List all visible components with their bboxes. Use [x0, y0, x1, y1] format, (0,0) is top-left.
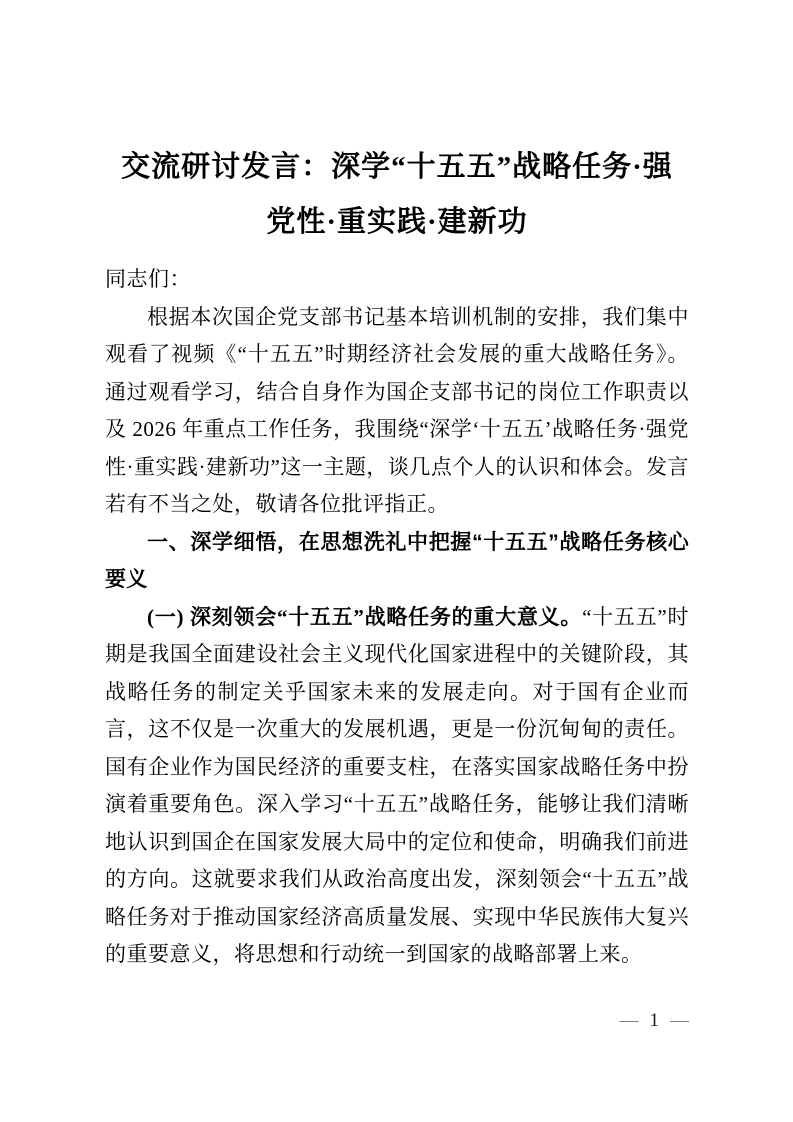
section-1-item-1-lead: (一) 深刻领会“十五五”战略任务的重大意义。: [147, 605, 582, 629]
document-body: 同志们： 根据本次国企党支部书记基本培训机制的安排，我们集中观看了视频《“十五五…: [105, 261, 689, 974]
footer-dash-right: —: [670, 1010, 689, 1031]
page-number: 1: [650, 1010, 660, 1031]
document-page: 交流研讨发言：深学“十五五”战略任务·强 党性·重实践·建新功 同志们： 根据本…: [0, 0, 793, 1122]
document-title: 交流研讨发言：深学“十五五”战略任务·强 党性·重实践·建新功: [105, 140, 689, 250]
document-title-line-2: 党性·重实践·建新功: [105, 195, 689, 250]
section-1-heading: 一、深学细悟，在思想洗礼中把握“十五五”战略任务核心要义: [105, 524, 689, 599]
document-title-line-1: 交流研讨发言：深学“十五五”战略任务·强: [105, 140, 689, 195]
footer-dash-left: —: [620, 1010, 639, 1031]
document-content: 交流研讨发言：深学“十五五”战略任务·强 党性·重实践·建新功 同志们： 根据本…: [105, 140, 689, 974]
salutation: 同志们：: [105, 261, 689, 299]
intro-paragraph: 根据本次国企党支部书记基本培训机制的安排，我们集中观看了视频《“十五五”时期经济…: [105, 299, 689, 524]
section-1-item-1-body: “十五五”时期是我国全面建设社会主义现代化国家进程中的关键阶段，其战略任务的制定…: [105, 605, 689, 967]
section-1-item-1-paragraph: (一) 深刻领会“十五五”战略任务的重大意义。“十五五”时期是我国全面建设社会主…: [105, 599, 689, 974]
page-footer: —1—: [620, 1007, 690, 1035]
